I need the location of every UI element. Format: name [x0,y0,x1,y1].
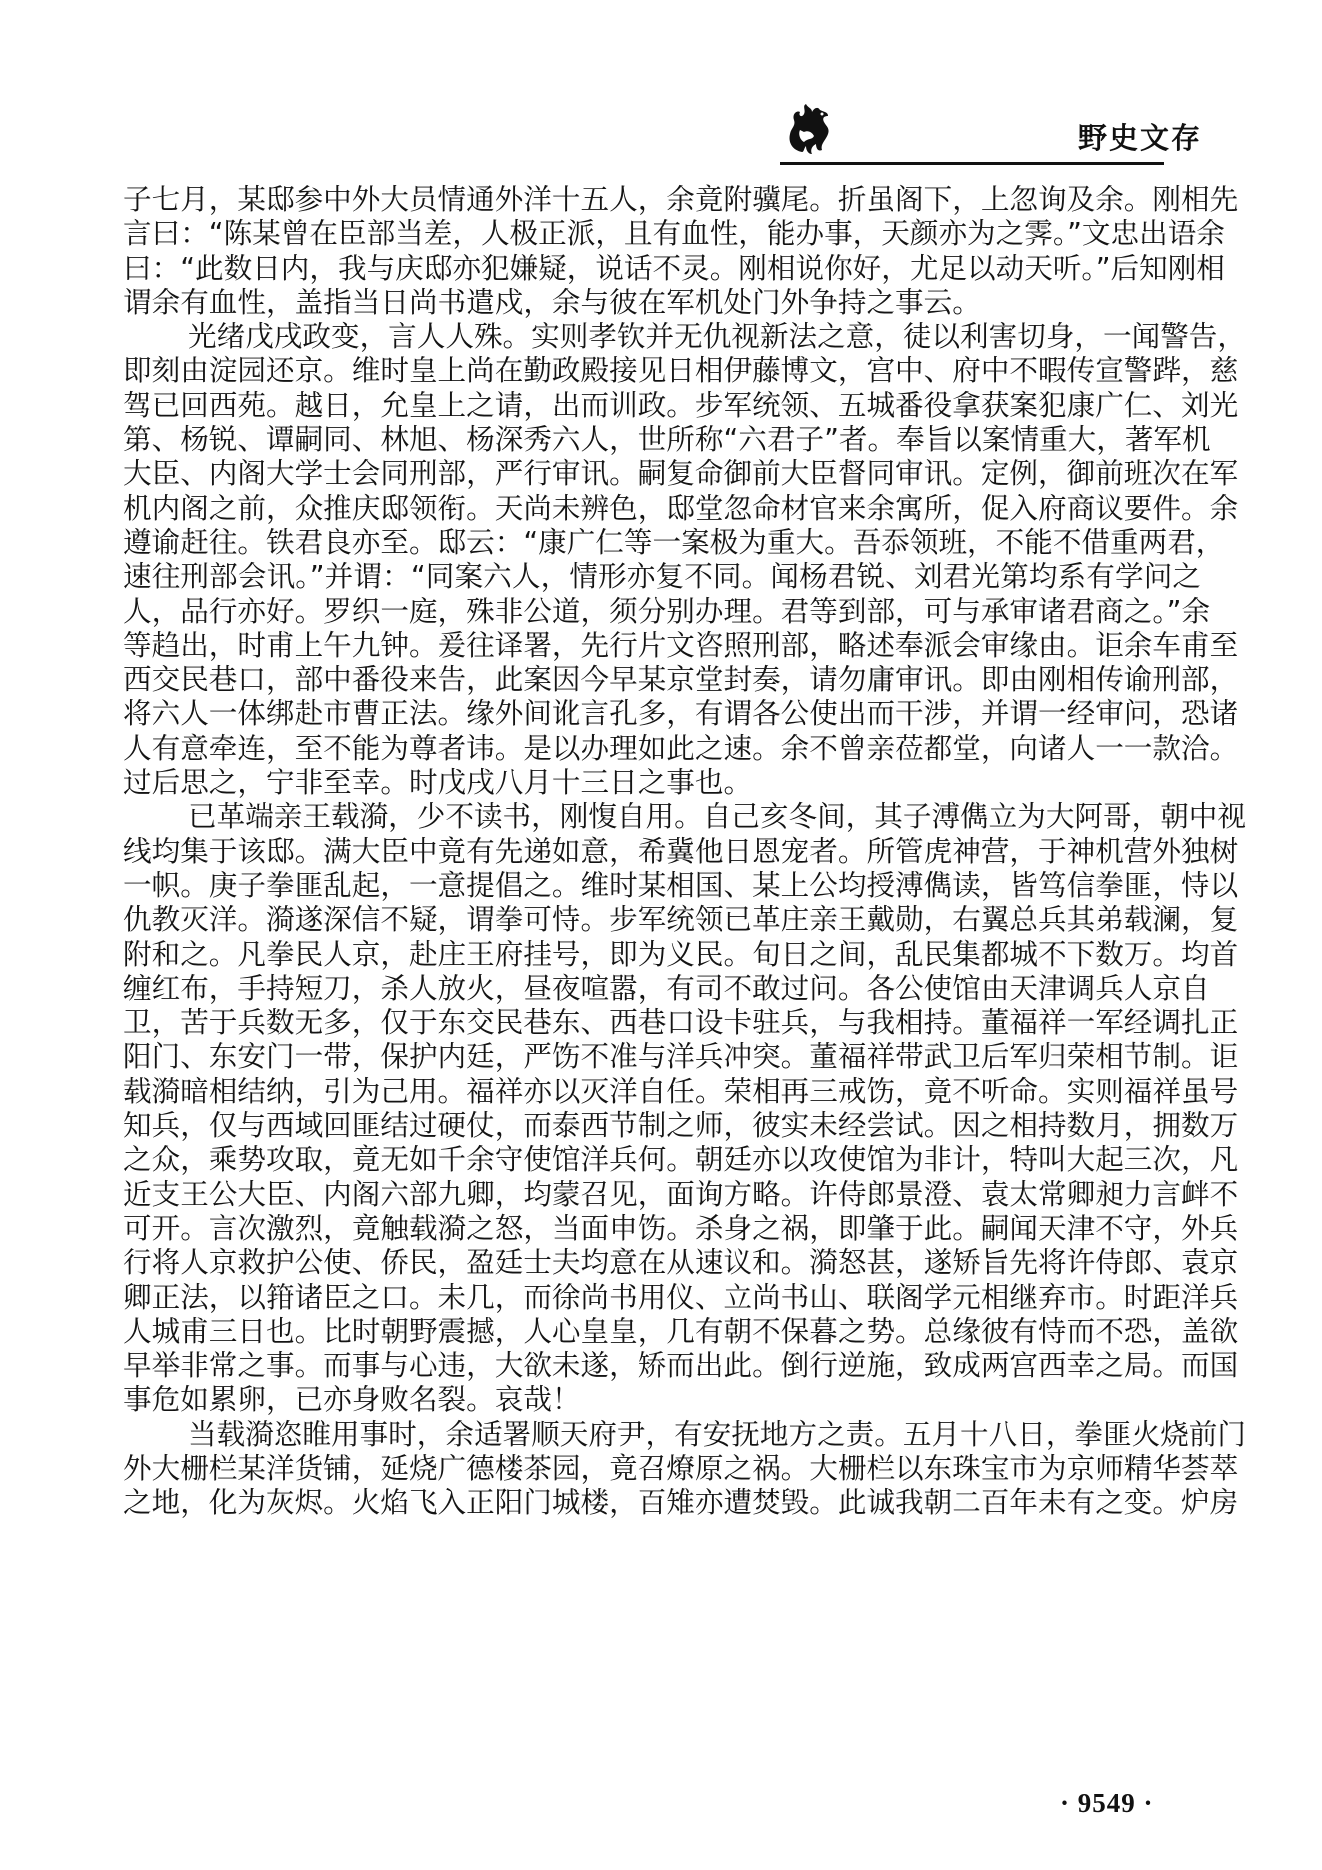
text-line: 一帜。庚子拳匪乱起，一意提倡之。维时某相国、某上公均授溥儁读，皆笃信拳匪，恃以 [123,868,1201,902]
text-line: 行将人京救护公使、侨民，盈廷士夫均意在从速议和。漪怒甚，遂矫旨先将许侍郎、袁京 [123,1245,1201,1279]
text-line: 近支王公大臣、内阁六部九卿，均蒙召见，面询方略。许侍郎景澄、袁太常卿昶力言衅不 [123,1177,1201,1211]
header-rule [780,162,1164,165]
text-line: 载漪暗相结纳，引为己用。福祥亦以灭洋自任。荣相再三戒饬，竟不听命。实则福祥虽号 [123,1074,1201,1108]
text-line: 遵谕赶往。铁君良亦至。邸云：“康广仁等一案极为重大。吾忝领班，不能不借重两君， [123,525,1201,559]
text-line: 子七月，某邸参中外大员情通外洋十五人，余竟附骥尾。折虽阁下，上忽询及余。刚相先 [123,182,1201,216]
text-line: 卿正法，以箝诸臣之口。未几，而徐尚书用仪、立尚书山、联阁学元相继弃市。时距洋兵 [123,1280,1201,1314]
text-line: 之地，化为灰烬。火焰飞入正阳门城楼，百雉亦遭焚毁。此诚我朝二百年未有之变。炉房 [123,1485,1201,1519]
text-line: 当载漪恣睢用事时，余适署顺天府尹，有安抚地方之责。五月十八日，拳匪火烧前门 [123,1417,1201,1451]
text-line: 人城甫三日也。比时朝野震撼，人心皇皇，几有朝不保暮之势。总缘彼有恃而不恐，盖欲 [123,1314,1201,1348]
text-line: 仇教灭洋。漪遂深信不疑，谓拳可恃。步军统领已革庄亲王戴勋，右翼总兵其弟载澜，复 [123,902,1201,936]
text-line: 人，品行亦好。罗织一庭，殊非公道，须分别办理。君等到部，可与承审诸君商之。”余 [123,594,1201,628]
text-line: 即刻由淀园还京。维时皇上尚在勤政殿接见日相伊藤博文，宫中、府中不暇传宣警跸，慈 [123,353,1201,387]
text-line: 光绪戊戌政变，言人人殊。实则孝钦并无仇视新法之意，徒以利害切身，一闻警告， [123,319,1201,353]
text-line: 人有意牵连，至不能为尊者讳。是以办理如此之速。余不曾亲莅都堂，向诸人一一款洽。 [123,731,1201,765]
text-line: 附和之。凡拳民人京，赴庄王府挂号，即为义民。旬日之间，乱民集都城不下数万。均首 [123,937,1201,971]
text-line: 阳门、东安门一带，保护内廷，严饬不准与洋兵冲突。董福祥带武卫后军归荣相节制。讵 [123,1039,1201,1073]
text-line: 过后思之，宁非至幸。时戊戌八月十三日之事也。 [123,765,1201,799]
text-line: 知兵，仅与西域回匪结过硬仗，而泰西节制之师，彼实未经尝试。因之相持数月，拥数万 [123,1108,1201,1142]
text-line: 等趋出，时甫上午九钟。爰往译署，先行片文咨照刑部，略述奉派会审缘由。讵余车甫至 [123,628,1201,662]
text-line: 已革端亲王载漪，少不读书，刚愎自用。自己亥冬间，其子溥儁立为大阿哥，朝中视 [123,799,1201,833]
text-line: 言曰：“陈某曾在臣部当差，人极正派，且有血性，能办事，天颜亦为之霁。”文忠出语余 [123,216,1201,250]
page-number: · 9549 · [1060,1788,1154,1819]
text-line: 西交民巷口，部中番役来告，此案因今早某京堂封奏，请勿庸审讯。即由刚相传谕刑部， [123,662,1201,696]
body-text: 子七月，某邸参中外大员情通外洋十五人，余竟附骥尾。折虽阁下，上忽询及余。刚相先言… [123,182,1201,1520]
text-line: 早举非常之事。而事与心违，大欲未遂，矫而出此。倒行逆施，致成两宫西幸之局。而国 [123,1348,1201,1382]
text-line: 卫，苦于兵数无多，仅于东交民巷东、西巷口设卡驻兵，与我相持。董福祥一军经调扎正 [123,1005,1201,1039]
running-title: 野史文存 [1078,116,1202,157]
text-line: 缠红布，手持短刀，杀人放火，昼夜喧嚣，有司不敢过问。各公使馆由天津调兵人京自 [123,971,1201,1005]
text-line: 大臣、内阁大学士会同刑部，严行审讯。嗣复命御前大臣督同审讯。定例，御前班次在军 [123,456,1201,490]
text-line: 谓余有血性，盖指当日尚书遣戍，余与彼在军机处门外争持之事云。 [123,285,1201,319]
dragon-ornament-icon [782,100,838,156]
text-line: 机内阁之前，众推庆邸领衔。天尚未辨色，邸堂忽命材官来余寓所，促入府商议要件。余 [123,491,1201,525]
text-line: 之众，乘势攻取，竟无如千余守使馆洋兵何。朝廷亦以攻使馆为非计，特叫大起三次，凡 [123,1142,1201,1176]
text-line: 外大栅栏某洋货铺，延烧广德楼茶园，竟召燎原之祸。大栅栏以东珠宝市为京师精华荟萃 [123,1451,1201,1485]
text-line: 线均集于该邸。满大臣中竟有先递如意，希冀他日恩宠者。所管虎神营，于神机营外独树 [123,834,1201,868]
text-line: 驾已回西苑。越日，允皇上之请，出而训政。步军统领、五城番役拿获案犯康广仁、刘光 [123,388,1201,422]
text-line: 可开。言次激烈，竟触载漪之怒，当面申饬。杀身之祸，即肇于此。嗣闻天津不守，外兵 [123,1211,1201,1245]
text-line: 第、杨锐、谭嗣同、林旭、杨深秀六人，世所称“六君子”者。奉旨以案情重大，著军机 [123,422,1201,456]
text-line: 事危如累卵，已亦身败名裂。哀哉！ [123,1382,1201,1416]
text-line: 曰：“此数日内，我与庆邸亦犯嫌疑，说话不灵。刚相说你好，尤足以动天听。”后知刚相 [123,251,1201,285]
page-header: 野史文存 [0,0,1322,180]
text-line: 速往刑部会讯。”并谓：“同案六人，情形亦复不同。闻杨君锐、刘君光第均系有学问之 [123,559,1201,593]
text-line: 将六人一体绑赴市曹正法。缘外间讹言孔多，有谓各公使出而干涉，并谓一经审问，恐诸 [123,696,1201,730]
